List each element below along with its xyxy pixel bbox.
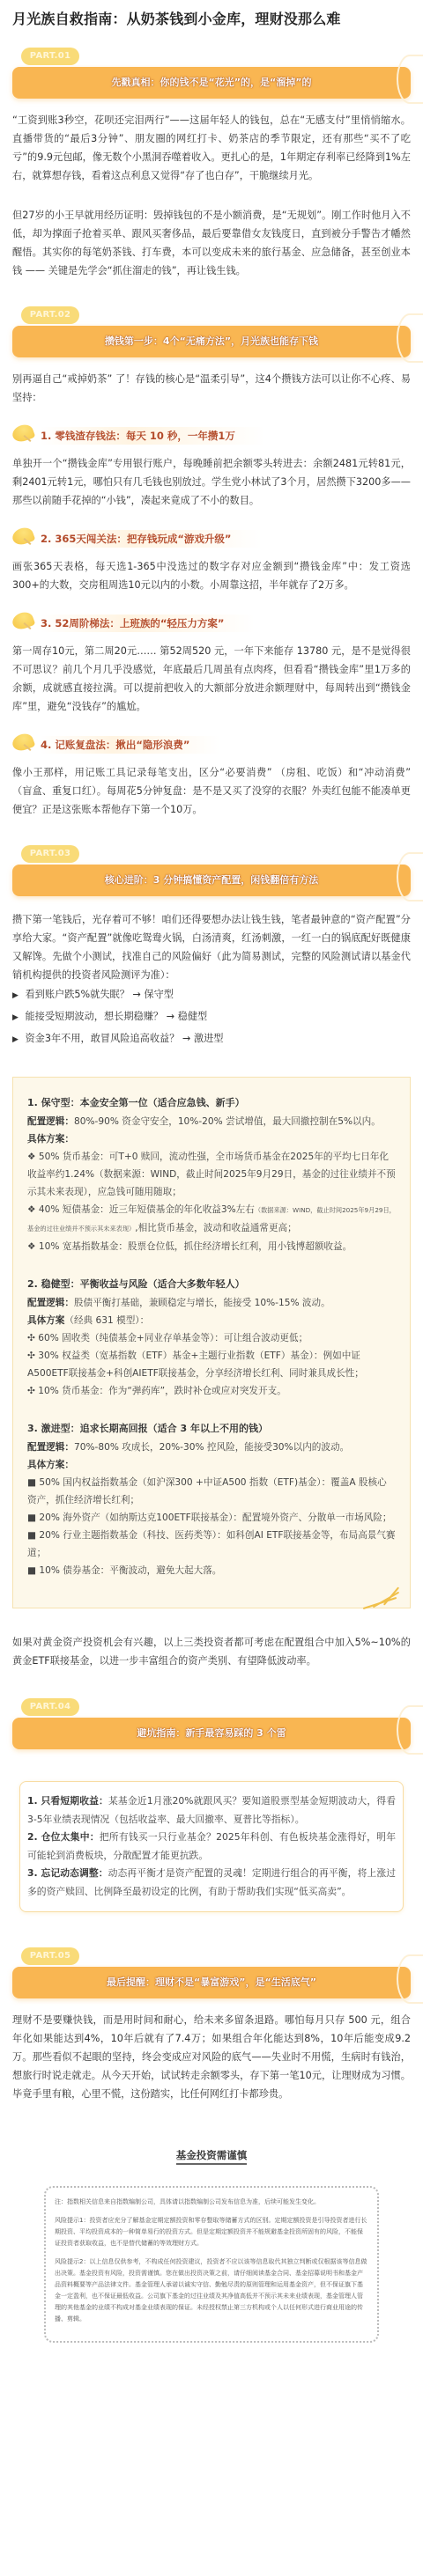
method-body: 第一周存10元，第二周20元…… 第52周520 元，一年下来能存 13780 … — [12, 642, 411, 716]
allocation-item: ✣ 10% 货币基金：作为“弹药库”，跌时补仓或应对突发开支。 — [27, 1382, 396, 1400]
wheat-decoration-icon — [353, 1586, 406, 1609]
decorative-arc-icon — [397, 1954, 423, 2004]
saving-method: 4. 记账复盘法：揪出“隐形浪费” 像小王那样，用记账工具记录每笔支出，区分“必… — [12, 732, 411, 819]
pitfalls-box: 1. 只看短期收益：某基金近1月涨20%就跟风买？要知道股票型基金短期波动大，得… — [19, 1781, 404, 1912]
cross-bullet-icon: ✣ — [27, 1333, 35, 1343]
gold-note: 如果对黄金资产投资机会有兴趣，以上三类投资者都可考虑在配置组合中加入5%~10%… — [12, 1633, 411, 1670]
method-title: 4. 记账复盘法：揪出“隐形浪费” — [41, 736, 220, 754]
allocation-profiles-box: 1. 保守型：本金安全第一位（适合应急钱、新手） 配置逻辑：80%-90% 资金… — [12, 1077, 411, 1608]
decorative-arc-icon — [397, 1705, 423, 1755]
allocation-item: ❖ 10% 宽基指数基金：股票仓位低，抓住经济增长红利，用小钱博超额收益。 — [27, 1238, 396, 1255]
allocation-item: ■ 10% 债券基金：平衡波动，避免大起大落。 — [27, 1562, 396, 1579]
article-title: 月光族自救指南：从奶茶钱到小金库，理财没那么难 — [12, 0, 411, 39]
allocation-item: ✣ 60% 固收类（纯债基金+同业存单基金等）：可让组合波动更低； — [27, 1329, 396, 1347]
profile-heading: 1. 保守型：本金安全第一位（适合应急钱、新手） — [27, 1093, 396, 1113]
profile-balanced: 2. 稳健型：平衡收益与风险（适合大多数年轻人） 配置逻辑：股债平衡打基础，兼顾… — [27, 1275, 396, 1400]
allocation-item: ❖ 50% 货币基金：可T+0 赎回，流动性强，全市场货币基金在2025年的平均… — [27, 1148, 396, 1201]
method-body: 画张365天表格，每天选1-365中没选过的数字存对应金额到“攒钱金库”中：发工… — [12, 557, 411, 594]
quiz-item: ▶ 能接受短期波动，想长期稳赚？ → 稳健型 — [12, 1006, 411, 1028]
article: 月光族自救指南：从奶茶钱到小金库，理财没那么难 PART.01 先戳真相：你的钱… — [0, 0, 423, 2343]
saving-methods: 1. 零钱渣存钱法：每天 10 秒，一年攒1万 单独开一个“攒钱金库”专用银行账… — [12, 423, 411, 819]
ginkgo-leaf-icon — [12, 528, 35, 549]
method-heading: 4. 记账复盘法：揪出“隐形浪费” — [12, 732, 411, 758]
square-bullet-icon: ■ — [27, 1530, 36, 1541]
disclaimer-note: 注：指数相关信息来自指数编制公司，具体请以指数编制公司发布信息为准，后续可能发生… — [55, 2197, 368, 2208]
section-header-part-02: PART.02 攒钱第一步：4个“无痛方法”，月光族也能存下钱 — [12, 306, 411, 364]
section-header-part-04: PART.04 避坑指南：新手最容易踩的 3 个雷 — [12, 1698, 411, 1756]
allocation-item: ■ 20% 海外资产（如纳斯达克100ETF联接基金）：配置境外资产、分散单一市… — [27, 1509, 396, 1527]
ginkgo-leaf-icon — [12, 613, 35, 634]
part-banner: 最后提醒：理财不是“暴富游戏”，是“生活底气” — [12, 1967, 411, 1998]
quiz-item: ▶ 看到账户跌5%就失眠？ → 保守型 — [12, 984, 411, 1006]
method-body: 像小王那样，用记账工具记录每笔支出，区分“必要消费” （房租、吃饭）和“冲动消费… — [12, 763, 411, 819]
diamond-bullet-icon: ❖ — [27, 1204, 36, 1215]
allocation-item: ■ 20% 行业主题指数基金（科技、医药类等）：如科创AI ETF联接基金等，布… — [27, 1527, 396, 1562]
pitfall-item: 1. 只看短期收益：某基金近1月涨20%就跟风买？要知道股票型基金短期波动大，得… — [27, 1792, 396, 1829]
method-title: 2. 365天闯关法：把存钱玩成“游戏升级” — [41, 530, 262, 548]
part-badge: PART.04 — [21, 1698, 79, 1716]
part-badge: PART.02 — [21, 306, 79, 324]
pitfall-item: 2. 仓位太集中：把所有钱买一只行业基金？2025年科创、有色板块基金涨得好，明… — [27, 1829, 396, 1865]
disclaimer-note: 风险提示2：以上信息仅供参考，不构成任何投资建议，投资者不应以该等信息取代其独立… — [55, 2256, 368, 2325]
paragraph: 别再逼自己“戒掉奶茶” 了！存钱的核心是“温柔引导”，这4个攒钱方法可以让你不心… — [12, 370, 411, 407]
square-bullet-icon: ■ — [27, 1512, 36, 1523]
saving-method: 1. 零钱渣存钱法：每天 10 秒，一年攒1万 单独开一个“攒钱金库”专用银行账… — [12, 423, 411, 510]
saving-method: 2. 365天闯关法：把存钱玩成“游戏升级” 画张365天表格，每天选1-365… — [12, 526, 411, 594]
diamond-bullet-icon: ❖ — [27, 1241, 36, 1252]
diamond-bullet-icon: ❖ — [27, 1152, 36, 1162]
profile-aggressive: 3. 激进型：追求长期高回报（适合 3 年以上不用的钱） 配置逻辑：70%-80… — [27, 1419, 396, 1579]
triangle-bullet-icon: ▶ — [12, 991, 19, 1000]
paragraph: “工资到账3秒空，花呗还完泪两行”——这届年轻人的钱包，总在“无感支付”里悄悄缩… — [12, 111, 411, 185]
section-header-part-03: PART.03 核心进阶：3 分钟搞懂资产配置，闲钱翻倍有方法 — [12, 845, 411, 903]
quiz-item: ▶ 资金3年不用，敢冒风险追高收益？ → 激进型 — [12, 1028, 411, 1050]
risk-quiz-list: ▶ 看到账户跌5%就失眠？ → 保守型 ▶ 能接受短期波动，想长期稳赚？ → 稳… — [12, 984, 411, 1050]
part-banner: 核心进阶：3 分钟搞懂资产配置，闲钱翻倍有方法 — [12, 865, 411, 896]
square-bullet-icon: ■ — [27, 1477, 36, 1488]
profile-heading: 3. 激进型：追求长期高回报（适合 3 年以上不用的钱） — [27, 1419, 396, 1439]
section-header-part-01: PART.01 先戳真相：你的钱不是“花光”的，是“溜掉”的 — [12, 48, 411, 106]
paragraph: 但27岁的小王早就用经历证明：毁掉钱包的不是小额消费，是“无规划”。刚工作时他月… — [12, 206, 411, 280]
method-title: 3. 52周阶梯法：上班族的“轻压力方案” — [41, 615, 255, 632]
allocation-item: ■ 50% 国内权益指数基金（如沪深300 +中证A500 指数（ETF)基金）… — [27, 1474, 396, 1509]
triangle-bullet-icon: ▶ — [12, 1035, 19, 1044]
part-banner: 先戳真相：你的钱不是“花光”的，是“溜掉”的 — [12, 67, 411, 99]
pitfall-item: 3. 忘记动态调整：动态再平衡才是资产配置的灵魂！定期进行组合的再平衡，将上涨过… — [27, 1865, 396, 1901]
section-header-part-05: PART.05 最后提醒：理财不是“暴富游戏”，是“生活底气” — [12, 1947, 411, 2006]
disclaimer-note: 风险提示1：投资者应充分了解基金定期定额投资和零存整取等储蓄方式的区别。定期定额… — [55, 2215, 368, 2249]
paragraph: 攒下第一笔钱后，光存着可不够！咱们还得要想办法让钱生钱，笔者最钟意的“资产配置”… — [12, 910, 411, 984]
part-banner: 避坑指南：新手最容易踩的 3 个雷 — [12, 1718, 411, 1749]
method-body: 单独开一个“攒钱金库”专用银行账户，每晚睡前把余额零头转进去：余额2481元转8… — [12, 454, 411, 510]
saving-method: 3. 52周阶梯法：上班族的“轻压力方案” 第一周存10元，第二周20元…… 第… — [12, 610, 411, 716]
decorative-arc-icon — [397, 55, 423, 104]
method-heading: 1. 零钱渣存钱法：每天 10 秒，一年攒1万 — [12, 423, 411, 449]
profile-conservative: 1. 保守型：本金安全第一位（适合应急钱、新手） 配置逻辑：80%-90% 资金… — [27, 1093, 396, 1255]
decorative-arc-icon — [397, 852, 423, 902]
triangle-bullet-icon: ▶ — [12, 1013, 19, 1022]
cross-bullet-icon: ✣ — [27, 1351, 35, 1361]
ginkgo-leaf-icon — [12, 734, 35, 755]
allocation-item: ✣ 30% 权益类（宽基指数（ETF）基金+主题行业指数（ETF）基金）：例如中… — [27, 1347, 396, 1382]
part-badge: PART.03 — [21, 845, 79, 863]
profile-heading: 2. 稳健型：平衡收益与风险（适合大多数年轻人） — [27, 1275, 396, 1294]
ginkgo-leaf-icon — [12, 425, 35, 446]
disclaimer-box: 注：指数相关信息来自指数编制公司，具体请以指数编制公司发布信息为准，后续可能发生… — [44, 2186, 379, 2343]
allocation-item: ❖ 40% 短债基金：近三年短债基金的年化收益3%左右（数据来源：WIND，截止… — [27, 1201, 396, 1238]
part-badge: PART.01 — [21, 48, 79, 65]
method-heading: 2. 365天闯关法：把存钱玩成“游戏升级” — [12, 526, 411, 552]
decorative-arc-icon — [397, 313, 423, 363]
part-banner: 攒钱第一步：4个“无痛方法”，月光族也能存下钱 — [12, 326, 411, 357]
risk-warning-title: 基金投资需谨慎 — [12, 2145, 411, 2172]
square-bullet-icon: ■ — [27, 1565, 36, 1576]
paragraph: 理财不是要赚快钱，而是用时间和耐心，给未来多留条退路。哪怕每月只存 500 元，… — [12, 2011, 411, 2103]
method-heading: 3. 52周阶梯法：上班族的“轻压力方案” — [12, 610, 411, 637]
method-title: 1. 零钱渣存钱法：每天 10 秒，一年攒1万 — [41, 427, 265, 445]
cross-bullet-icon: ✣ — [27, 1386, 35, 1396]
part-badge: PART.05 — [21, 1947, 79, 1965]
